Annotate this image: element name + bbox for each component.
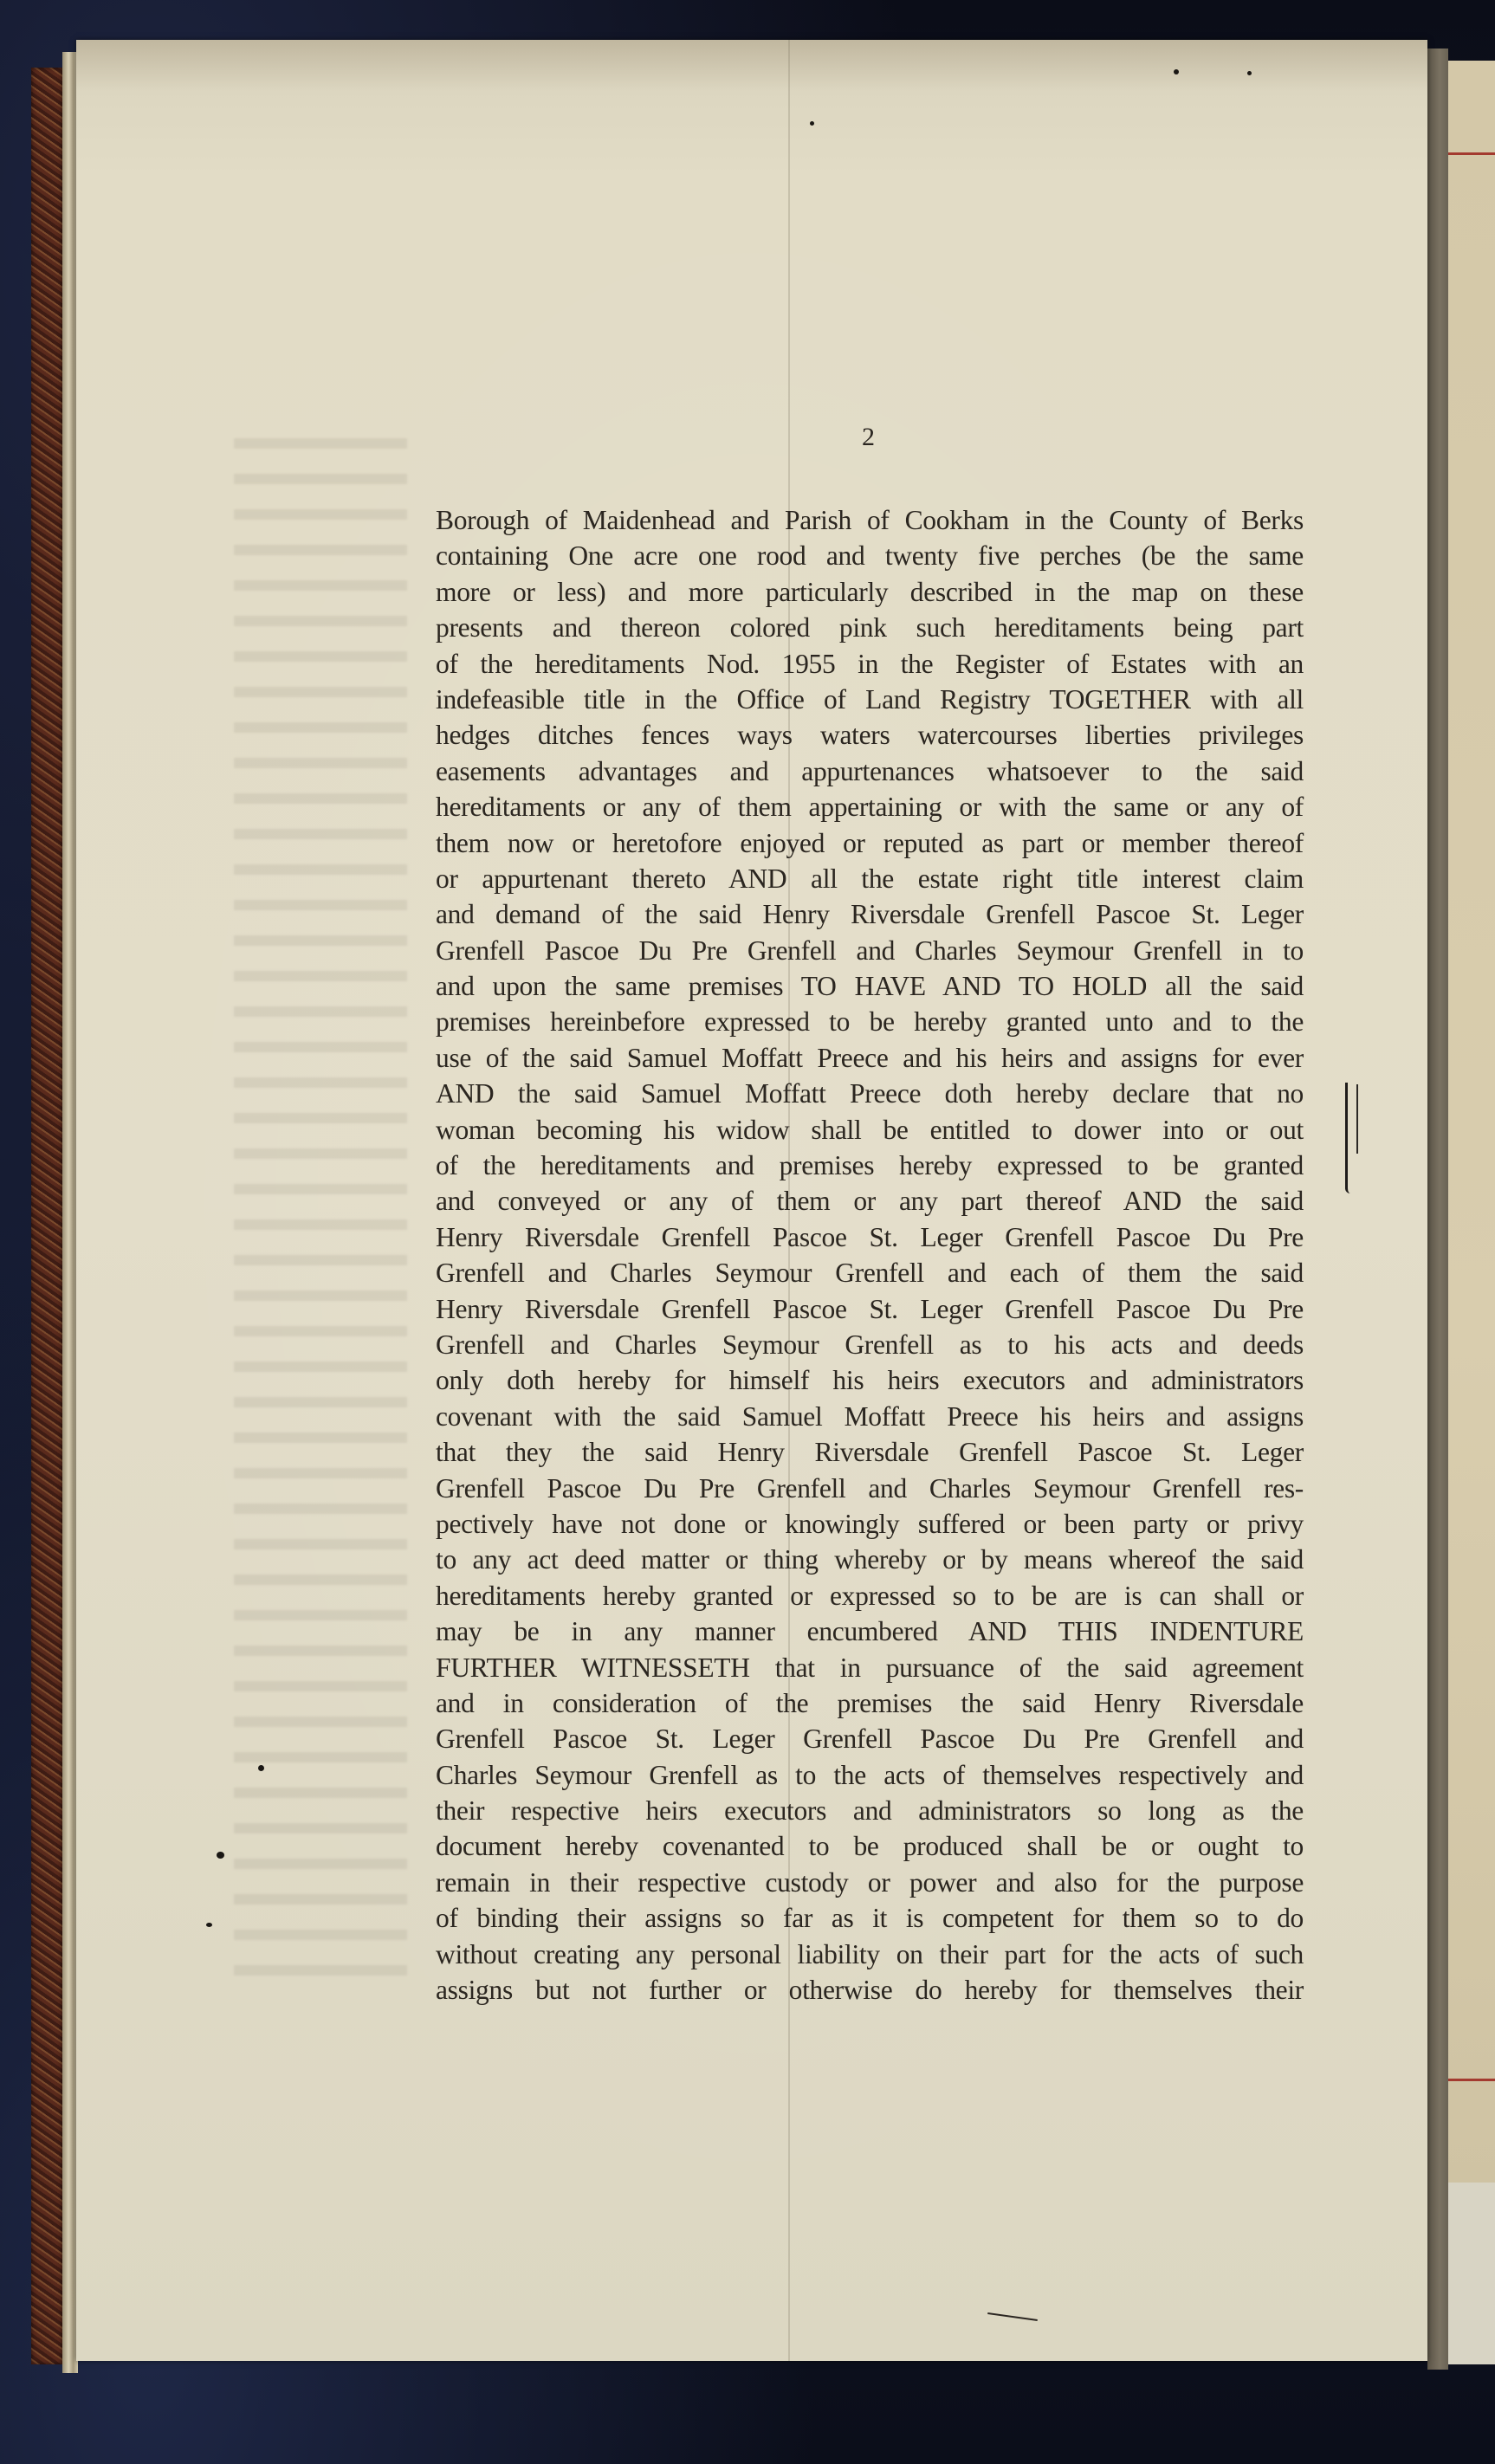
- text-line: Grenfell Pascoe Du Pre Grenfell and Char…: [436, 933, 1304, 968]
- text-line: Grenfell Pascoe Du Pre Grenfell and Char…: [436, 1471, 1304, 1506]
- text-line: containing One acre one rood and twenty …: [436, 538, 1304, 573]
- text-line: them now or heretofore enjoyed or repute…: [436, 825, 1304, 861]
- text-line: document hereby covenanted to be produce…: [436, 1828, 1304, 1864]
- ink-speck: [206, 1923, 212, 1927]
- text-line: covenant with the said Samuel Moffatt Pr…: [436, 1399, 1304, 1434]
- text-line: and conveyed or any of them or any part …: [436, 1183, 1304, 1219]
- deed-body-text: Borough of Maidenhead and Parish of Cook…: [436, 502, 1304, 2008]
- text-line: Charles Seymour Grenfell as to the acts …: [436, 1757, 1304, 1793]
- text-line: remain in their respective custody or po…: [436, 1865, 1304, 1900]
- text-line: indefeasible title in the Office of Land…: [436, 682, 1304, 717]
- text-line: to any act deed matter or thing whereby …: [436, 1542, 1304, 1577]
- text-line: premises hereinbefore expressed to be he…: [436, 1004, 1304, 1039]
- text-line: Grenfell and Charles Seymour Grenfell as…: [436, 1327, 1304, 1362]
- text-line: woman becoming his widow shall be entitl…: [436, 1112, 1304, 1148]
- text-line: only doth hereby for himself his heirs e…: [436, 1362, 1304, 1398]
- text-line: may be in any manner encumbered AND THIS…: [436, 1614, 1304, 1649]
- ink-speck: [258, 1765, 264, 1771]
- text-line: without creating any personal liability …: [436, 1937, 1304, 1972]
- text-line: pectively have not done or knowingly suf…: [436, 1506, 1304, 1542]
- facing-page-lower-edge: [1446, 2183, 1495, 2364]
- page-number: 2: [862, 423, 875, 452]
- text-line: Grenfell and Charles Seymour Grenfell an…: [436, 1255, 1304, 1290]
- text-line: Borough of Maidenhead and Parish of Cook…: [436, 502, 1304, 538]
- pencil-line-mark: [1356, 1084, 1358, 1154]
- ink-speck: [1247, 71, 1252, 75]
- text-line: more or less) and more particularly desc…: [436, 574, 1304, 610]
- text-line: hedges ditches fences ways waters waterc…: [436, 717, 1304, 753]
- ink-speck: [810, 121, 814, 126]
- ink-speck: [217, 1852, 224, 1859]
- text-line: Henry Riversdale Grenfell Pascoe St. Leg…: [436, 1219, 1304, 1255]
- text-line: AND the said Samuel Moffatt Preece doth …: [436, 1076, 1304, 1111]
- text-line: their respective heirs executors and adm…: [436, 1793, 1304, 1828]
- text-line: Grenfell Pascoe St. Leger Grenfell Pasco…: [436, 1721, 1304, 1756]
- text-line: of the hereditaments Nod. 1955 in the Re…: [436, 646, 1304, 682]
- text-line: Henry Riversdale Grenfell Pascoe St. Leg…: [436, 1291, 1304, 1327]
- text-line: and upon the same premises TO HAVE AND T…: [436, 968, 1304, 1004]
- marbled-endpaper: [31, 68, 62, 2364]
- text-line: use of the said Samuel Moffatt Preece an…: [436, 1040, 1304, 1076]
- text-line: or appurtenant thereto AND all the estat…: [436, 861, 1304, 896]
- text-line: of the hereditaments and premises hereby…: [436, 1148, 1304, 1183]
- text-line: and demand of the said Henry Riversdale …: [436, 896, 1304, 932]
- ink-speck: [1174, 69, 1179, 74]
- text-line: assigns but not further or otherwise do …: [436, 1972, 1304, 2008]
- text-line: FURTHER WITNESSETH that in pursuance of …: [436, 1650, 1304, 1685]
- text-line: hereditaments or any of them appertainin…: [436, 789, 1304, 825]
- text-line: hereditaments hereby granted or expresse…: [436, 1578, 1304, 1614]
- text-line: that they the said Henry Riversdale Gren…: [436, 1434, 1304, 1470]
- show-through-text: [234, 416, 407, 1992]
- text-line: presents and thereon colored pink such h…: [436, 610, 1304, 645]
- text-line: easements advantages and appurtenances w…: [436, 753, 1304, 789]
- text-line: and in consideration of the premises the…: [436, 1685, 1304, 1721]
- page-gutter-shadow: [1427, 49, 1448, 2370]
- text-line: of binding their assigns so far as it is…: [436, 1900, 1304, 1936]
